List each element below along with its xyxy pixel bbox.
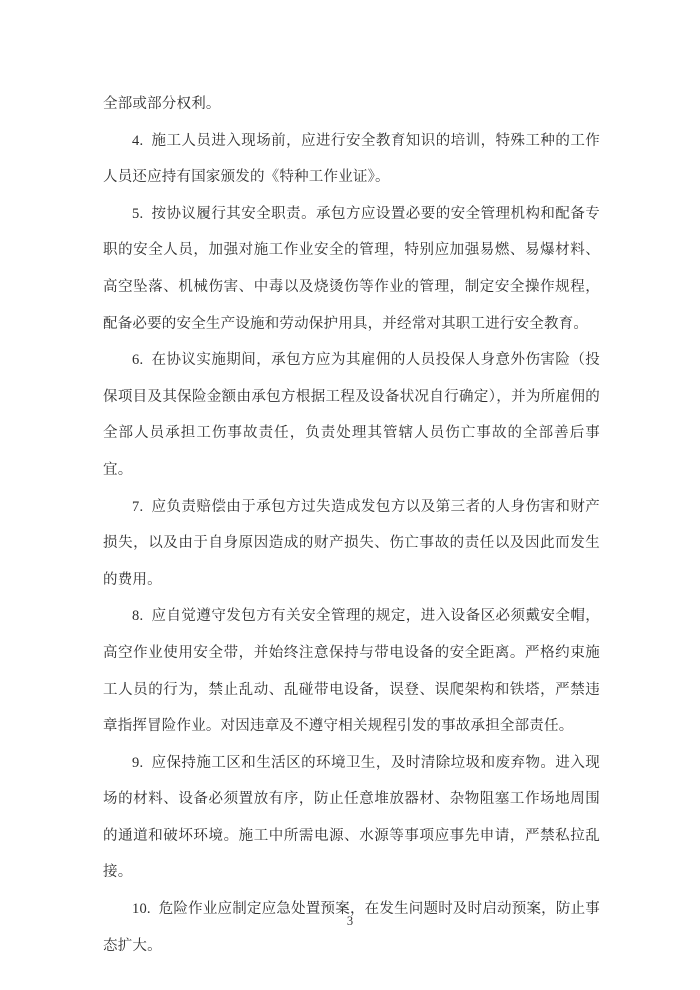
- paragraph-text: 施工人员进入现场前，应进行安全教育知识的培训，特殊工种的工作人员还应持有国家颁发…: [103, 133, 600, 186]
- paragraph-text: 全部或部分权利。: [103, 96, 221, 112]
- list-item-4: 4.施工人员进入现场前，应进行安全教育知识的培训，特殊工种的工作人员还应持有国家…: [103, 123, 600, 196]
- list-item-number: 7.: [132, 499, 143, 515]
- paragraph-text: 按协议履行其安全职责。承包方应设置必要的安全管理机构和配备专职的安全人员，加强对…: [103, 206, 600, 332]
- paragraph-text: 应自觉遵守发包方有关安全管理的规定，进入设备区必须戴安全帽，高空作业使用安全带，…: [103, 608, 600, 734]
- page-number: 3: [0, 913, 700, 929]
- list-item-number: 6.: [132, 352, 143, 368]
- list-item-number: 8.: [132, 608, 143, 624]
- paragraph-text: 应保持施工区和生活区的环境卫生，及时清除垃圾和废弃物。进入现场的材料、设备必须置…: [103, 755, 600, 881]
- list-item-8: 8.应自觉遵守发包方有关安全管理的规定，进入设备区必须戴安全帽，高空作业使用安全…: [103, 598, 600, 744]
- paragraph-text: 应负责赔偿由于承包方过失造成发包方以及第三者的人身伤害和财产损失，以及由于自身原…: [103, 499, 600, 588]
- list-item-6: 6.在协议实施期间，承包方应为其雇佣的人员投保人身意外伤害险（投保项目及其保险金…: [103, 342, 600, 488]
- list-item-7: 7.应负责赔偿由于承包方过失造成发包方以及第三者的人身伤害和财产损失，以及由于自…: [103, 489, 600, 599]
- list-item-5: 5.按协议履行其安全职责。承包方应设置必要的安全管理机构和配备专职的安全人员，加…: [103, 196, 600, 342]
- list-item-9: 9.应保持施工区和生活区的环境卫生，及时清除垃圾和废弃物。进入现场的材料、设备必…: [103, 745, 600, 891]
- paragraph-continuation: 全部或部分权利。: [103, 86, 600, 123]
- paragraph-text: 在协议实施期间，承包方应为其雇佣的人员投保人身意外伤害险（投保项目及其保险金额由…: [103, 352, 600, 478]
- list-item-number: 4.: [132, 133, 143, 149]
- list-item-number: 5.: [132, 206, 143, 222]
- list-item-number: 9.: [132, 755, 143, 771]
- document-page: 全部或部分权利。 4.施工人员进入现场前，应进行安全教育知识的培训，特殊工种的工…: [0, 0, 700, 990]
